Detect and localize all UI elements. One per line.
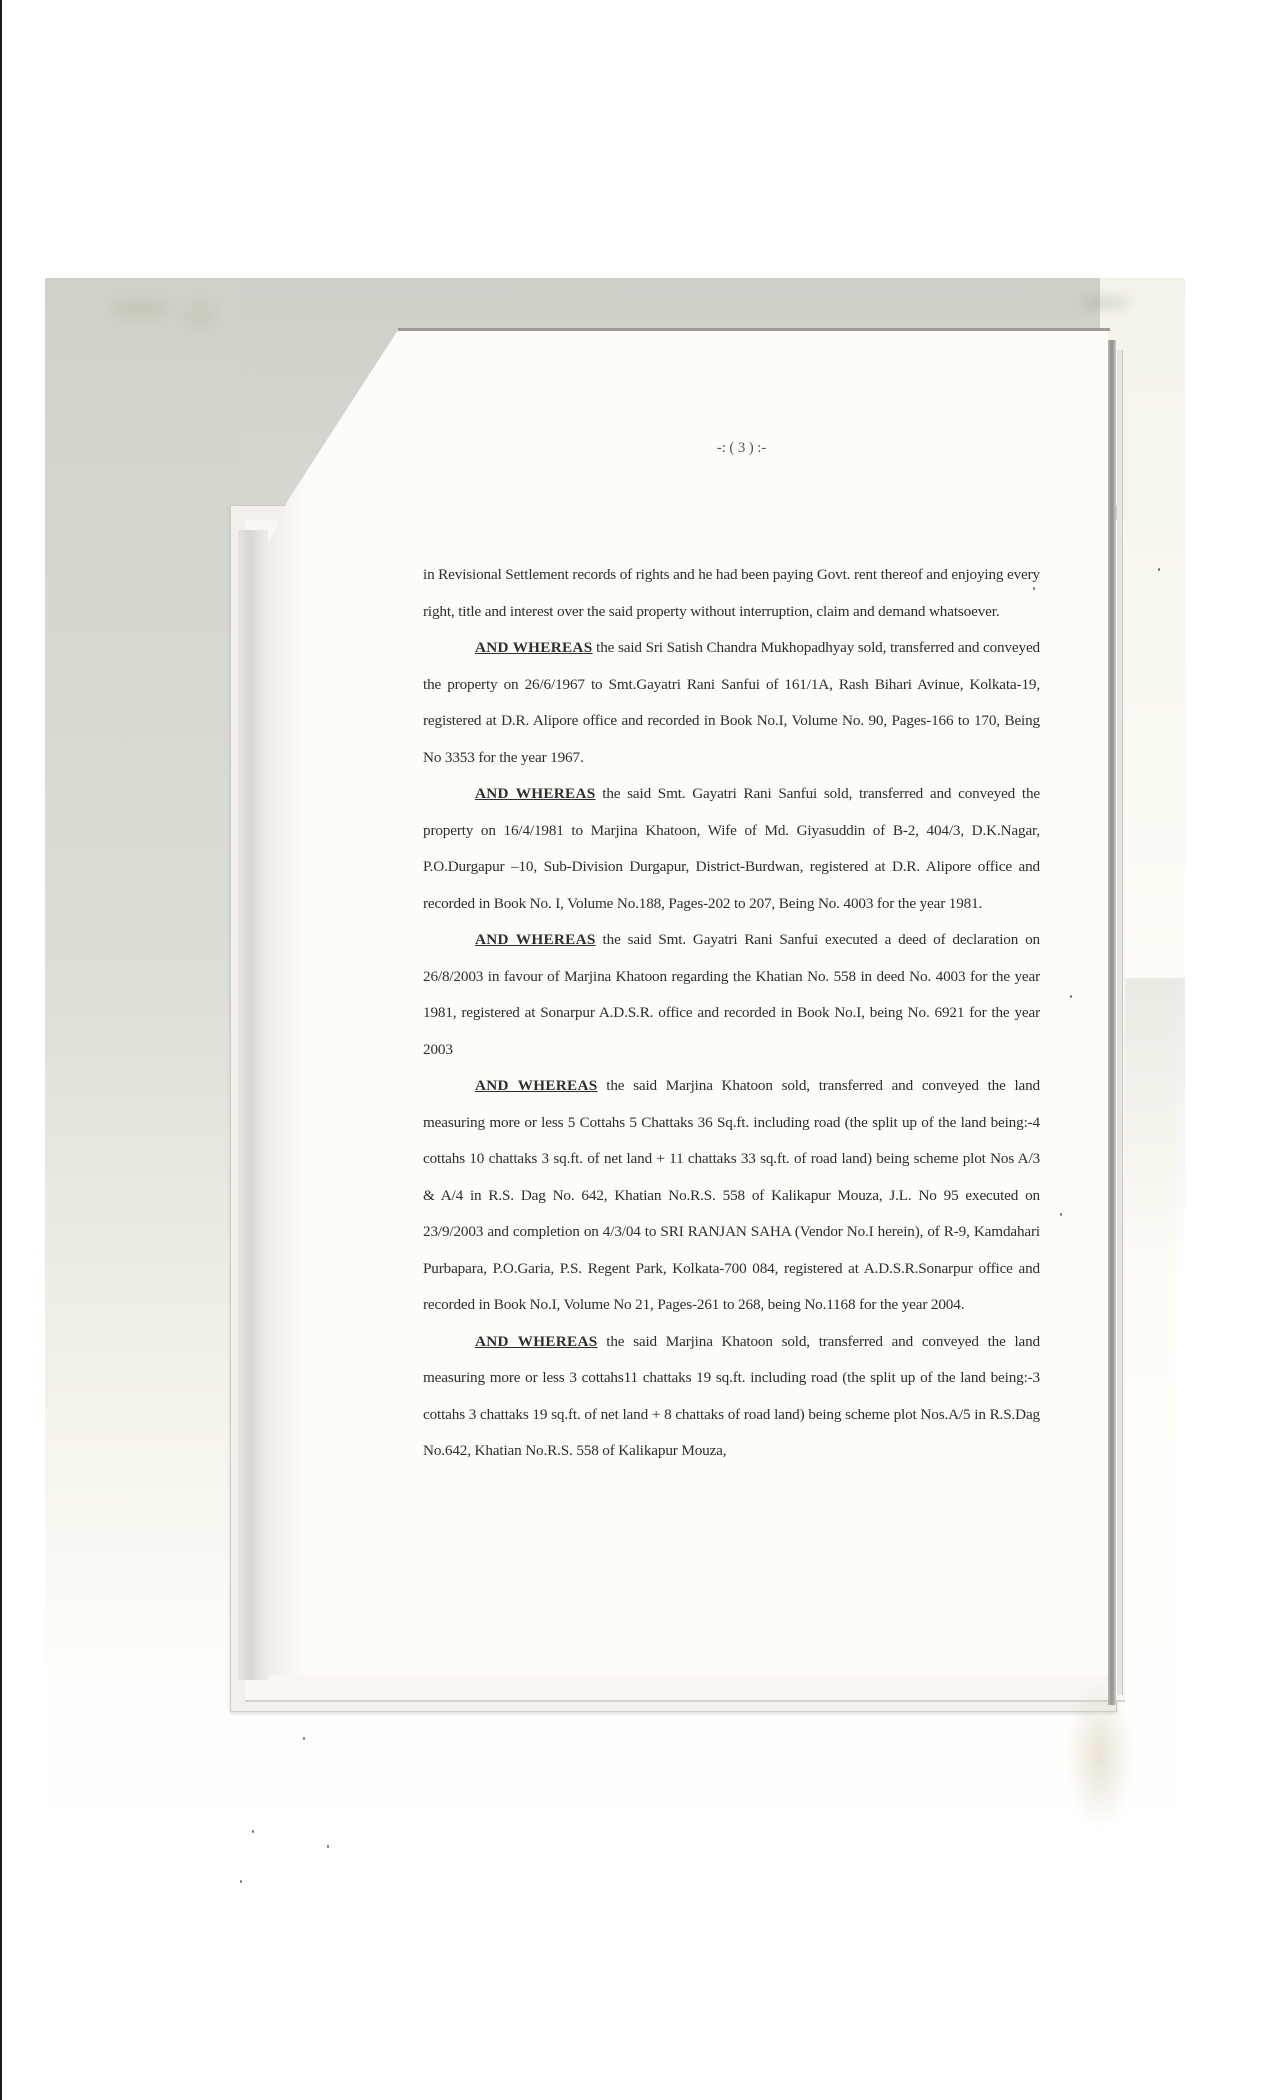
paper-stack-right-edge-outer (1117, 350, 1123, 1695)
and-whereas-heading: AND WHEREAS (475, 931, 596, 948)
speck (1070, 995, 1072, 998)
paragraph: AND WHEREAS the said Marjina Khatoon sol… (423, 1068, 1040, 1324)
paragraph: AND WHEREAS the said Smt. Gayatri Rani S… (423, 776, 1040, 922)
paragraph-text: the said Sri Satish Chandra Mukhopadhyay… (423, 639, 1040, 766)
speck (303, 1737, 305, 1740)
paragraph-text: the said Smt. Gayatri Rani Sanfui sold, … (423, 785, 1040, 912)
paragraph-text: the said Smt. Gayatri Rani Sanfui execut… (423, 931, 1040, 1058)
speck (327, 1845, 329, 1848)
paper-stack-left-edge (238, 530, 268, 1680)
smudge-mark (1080, 300, 1130, 306)
document-body: -: ( 3 ) :- in Revisional Settlement rec… (423, 440, 1040, 1470)
paragraph: in Revisional Settlement records of righ… (423, 557, 1040, 630)
speck (1158, 568, 1160, 571)
and-whereas-heading: AND WHEREAS (475, 639, 592, 656)
paper-stack-right-edge (1108, 340, 1116, 1705)
scanner-bed-shadow-left (45, 280, 240, 1680)
speck (240, 1880, 242, 1883)
paragraph-text: the said Marjina Khatoon sold, transferr… (423, 1333, 1040, 1460)
speck (1060, 1213, 1062, 1216)
speck (252, 1830, 254, 1833)
paragraph: AND WHEREAS the said Marjina Khatoon sol… (423, 1324, 1040, 1470)
and-whereas-heading: AND WHEREAS (475, 1333, 598, 1350)
paragraph-text: the said Marjina Khatoon sold, transferr… (423, 1077, 1040, 1313)
paragraph: AND WHEREAS the said Smt. Gayatri Rani S… (423, 922, 1040, 1068)
paragraph-text: in Revisional Settlement records of righ… (423, 566, 1040, 620)
paper-stain (1065, 1680, 1135, 1830)
document-page-top-edge (398, 328, 1110, 331)
smudge-mark (180, 300, 220, 330)
and-whereas-heading: AND WHEREAS (475, 1077, 598, 1094)
left-border-line (0, 0, 2, 2100)
paragraph: AND WHEREAS the said Sri Satish Chandra … (423, 630, 1040, 776)
page-number: -: ( 3 ) :- (423, 440, 1040, 457)
smudge-mark (110, 300, 170, 318)
and-whereas-heading: AND WHEREAS (475, 785, 596, 802)
